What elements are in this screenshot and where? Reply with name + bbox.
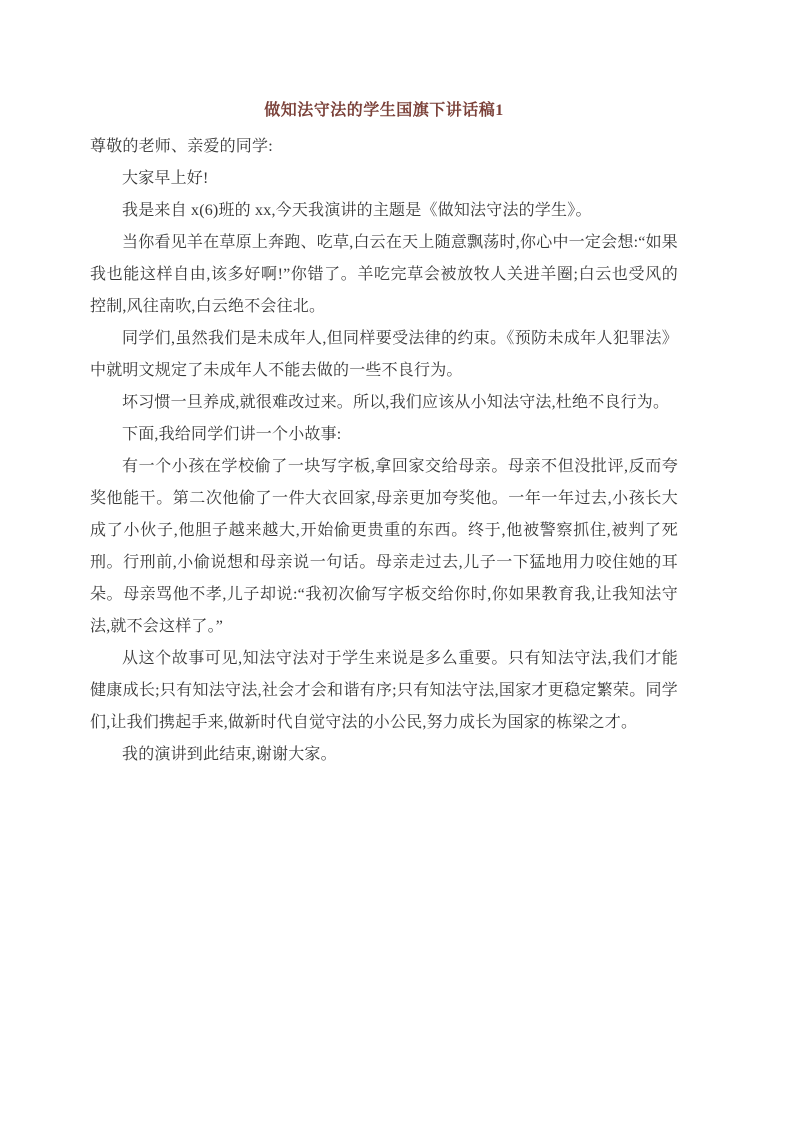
document-body: 尊敬的老师、亲爱的同学:大家早上好!我是来自 x(6)班的 xx,今天我演讲的主… [90, 131, 678, 771]
paragraph: 有一个小孩在学校偷了一块写字板,拿回家交给母亲。母亲不但没批评,反而夸奖他能干。… [90, 451, 678, 643]
paragraph: 我是来自 x(6)班的 xx,今天我演讲的主题是《做知法守法的学生》。 [90, 195, 678, 227]
document-title: 做知法守法的学生国旗下讲话稿1 [90, 95, 678, 127]
paragraph: 我的演讲到此结束,谢谢大家。 [90, 739, 678, 771]
paragraph: 当你看见羊在草原上奔跑、吃草,白云在天上随意飘荡时,你心中一定会想:“如果我也能… [90, 227, 678, 323]
paragraph: 从这个故事可见,知法守法对于学生来说是多么重要。只有知法守法,我们才能健康成长;… [90, 643, 678, 739]
paragraph: 大家早上好! [90, 163, 678, 195]
paragraph: 尊敬的老师、亲爱的同学: [90, 131, 678, 163]
paragraph: 下面,我给同学们讲一个小故事: [90, 419, 678, 451]
document-content: 做知法守法的学生国旗下讲话稿1 尊敬的老师、亲爱的同学:大家早上好!我是来自 x… [90, 95, 678, 771]
paragraph: 坏习惯一旦养成,就很难改过来。所以,我们应该从小知法守法,杜绝不良行为。 [90, 387, 678, 419]
document-page: 做知法守法的学生国旗下讲话稿1 尊敬的老师、亲爱的同学:大家早上好!我是来自 x… [0, 0, 793, 1122]
paragraph: 同学们,虽然我们是未成年人,但同样要受法律的约束。《预防未成年人犯罪法》中就明文… [90, 323, 678, 387]
